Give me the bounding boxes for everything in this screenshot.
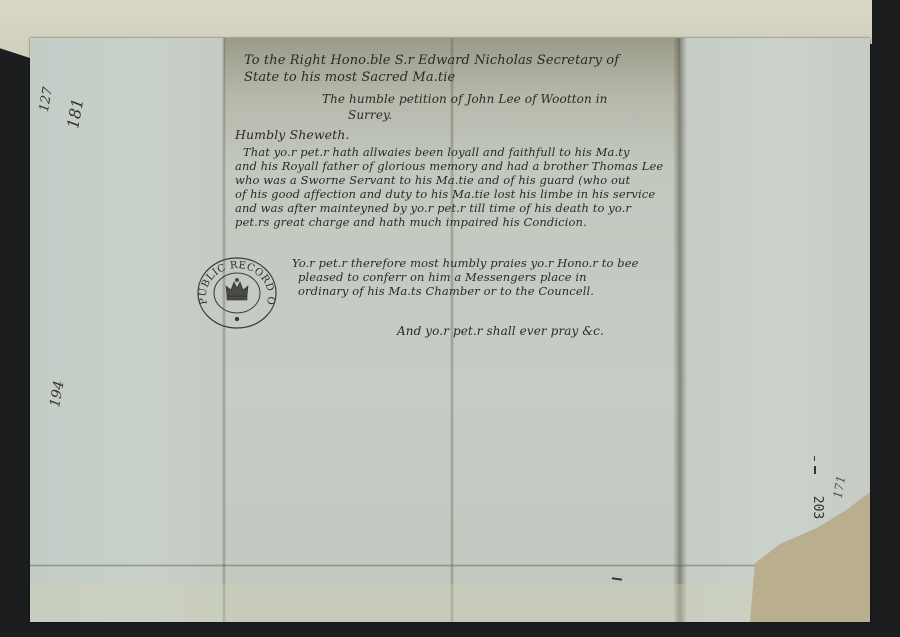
petition-title-line-2: Surrey. (322, 107, 608, 123)
prayer-line: Yo.r pet.r therefore most humbly praies … (292, 256, 639, 270)
body-line: of his good affection and duty to his Ma… (235, 187, 663, 201)
rosette-icon (235, 317, 239, 321)
pencil-mark (814, 456, 815, 461)
vertical-fold-line (673, 38, 687, 622)
petition-title-line-1: The humble petition of John Lee of Woott… (322, 91, 608, 107)
closing-line: And yo.r pet.r shall ever pray &c. (397, 324, 604, 338)
backing-board-edge (0, 44, 30, 58)
public-record-office-stamp: PUBLIC RECORD OFFICE (196, 256, 278, 330)
prayer-line: ordinary of his Ma.ts Chamber or to the … (292, 284, 639, 298)
body-line: That yo.r pet.r hath allwaies been loyal… (235, 145, 663, 159)
bottom-fold-strip (30, 584, 870, 622)
address-line-1: To the Right Hono.ble S.r Edward Nichola… (244, 52, 619, 69)
prayer-line: pleased to conferr on him a Messengers p… (292, 270, 639, 284)
body-line: and his Royall father of glorious memory… (235, 159, 663, 173)
stamp-seal-icon: PUBLIC RECORD OFFICE (196, 256, 278, 330)
body-line: and was after mainteyned by yo.r pet.r t… (235, 201, 663, 215)
petition-prayer: Yo.r pet.r therefore most humbly praies … (292, 256, 639, 298)
left-fold-panel (30, 38, 224, 622)
manuscript-sheet: To the Right Hono.ble S.r Edward Nichola… (30, 38, 870, 622)
address: To the Right Hono.ble S.r Edward Nichola… (244, 52, 619, 86)
pencil-mark (814, 466, 816, 474)
petition-title: The humble petition of John Lee of Woott… (322, 91, 608, 123)
address-line-2: State to his most Sacred Ma.tie (244, 69, 619, 86)
petition-body: That yo.r pet.r hath allwaies been loyal… (235, 145, 663, 229)
body-line: who was a Sworne Servant to his Ma.tie a… (235, 173, 663, 187)
stamped-folio-number-203: 203 (810, 496, 825, 519)
crown-icon (226, 278, 248, 300)
body-line: pet.rs great charge and hath much impair… (235, 215, 663, 229)
salutation: Humbly Sheweth. (235, 128, 350, 142)
horizontal-fold-line (30, 564, 870, 567)
